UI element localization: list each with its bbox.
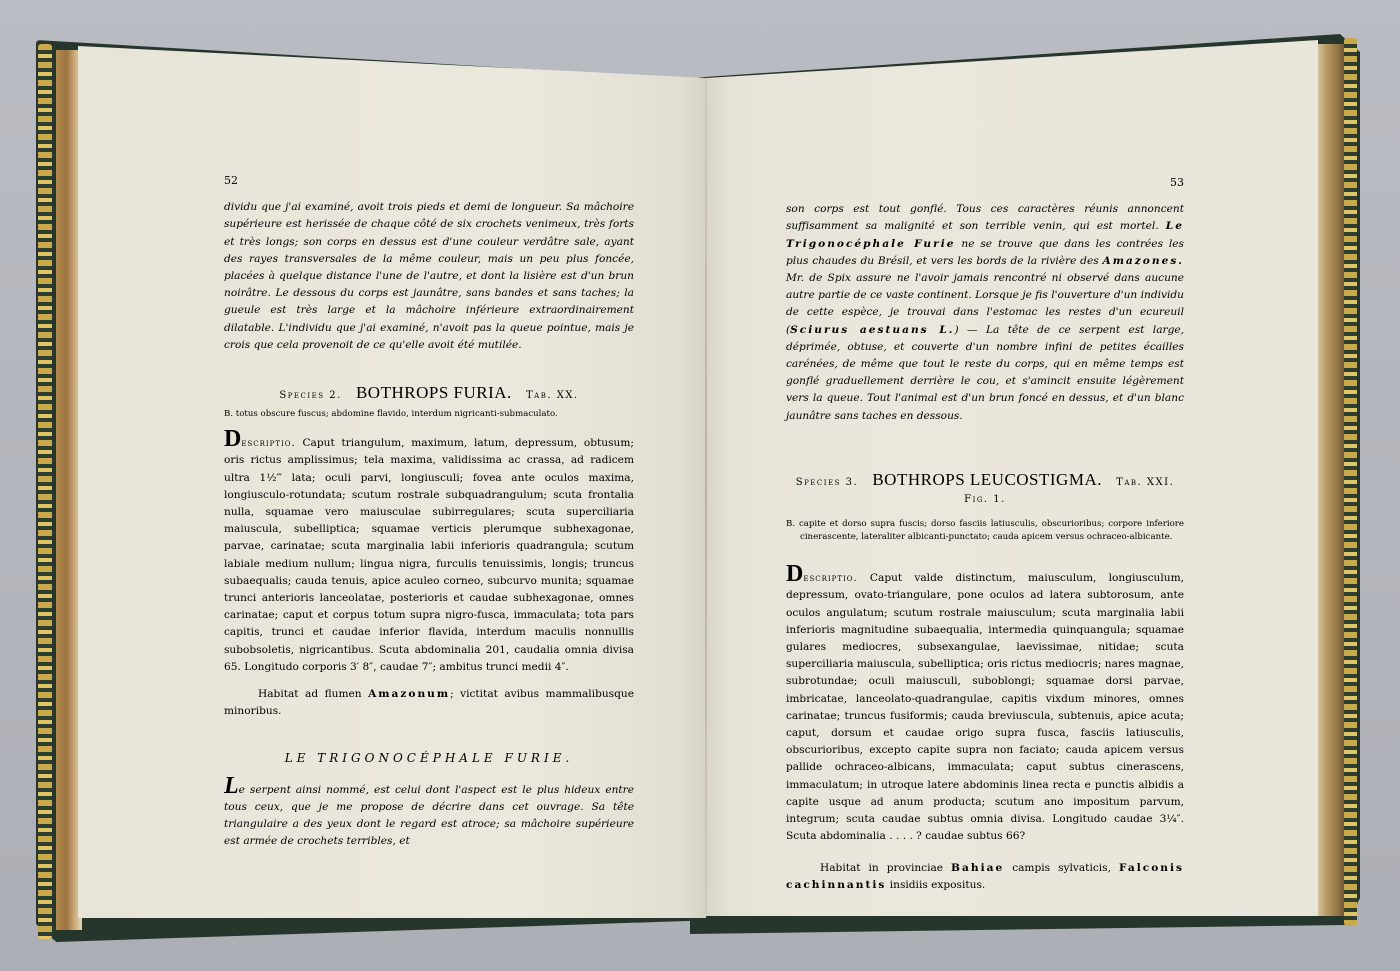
habitat-text-end: insidiis expositus. <box>890 879 986 891</box>
descriptio-text: Caput valde distinctum, maiusculum, long… <box>786 572 1184 842</box>
dropcap: D <box>224 426 241 452</box>
dropcap: L <box>224 773 239 799</box>
gilt-border-right <box>1344 38 1357 926</box>
french-text: e serpent ainsi nommé, est celui dont l'… <box>224 784 634 848</box>
species-name: BOTHROPS FURIA. <box>356 383 512 402</box>
habitat-paragraph: Habitat ad flumen Amazonum; victitat avi… <box>224 686 634 720</box>
dropcap: D <box>786 561 803 587</box>
french-text: son corps est tout gonflé. Tous ces cara… <box>786 203 1184 232</box>
species-diagnosis: B. capite et dorso supra fuscis; dorso f… <box>786 518 1184 544</box>
gilt-border-left <box>38 44 52 939</box>
descriptio-text: Caput triangulum, maximum, latum, depres… <box>224 437 634 673</box>
french-section-title: LE TRIGONOCÉPHALE FURIE. <box>224 750 634 767</box>
page-number-left: 52 <box>224 172 634 189</box>
french-continuation: dividu que j'ai examiné, avoit trois pie… <box>224 199 634 354</box>
habitat-text: Habitat ad flumen <box>258 688 362 700</box>
latin-name: Sciurus aestuans L. <box>790 324 954 336</box>
habitat-location: Amazonum <box>368 688 450 700</box>
descriptio-label: escriptio. <box>803 573 857 584</box>
species-label: Species 3. <box>796 477 858 488</box>
species-heading: Species 3. BOTHROPS LEUCOSTIGMA. Tab. XX… <box>786 471 1184 508</box>
species-label: Species 2. <box>279 390 341 401</box>
habitat-text: Habitat in provinciae <box>820 862 943 874</box>
descriptio-paragraph: Descriptio. Caput triangulum, maximum, l… <box>224 431 634 676</box>
left-page-content: 52 dividu que j'ai examiné, avoit trois … <box>224 172 634 851</box>
descriptio-label: escriptio. <box>241 438 295 449</box>
species-heading: Species 2. BOTHROPS FURIA. Tab. XX. <box>224 384 634 404</box>
species-name: BOTHROPS LEUCOSTIGMA. <box>872 470 1102 489</box>
descriptio-paragraph: Descriptio. Caput valde distinctum, maiu… <box>786 566 1184 845</box>
river-name: Amazones. <box>1103 255 1184 267</box>
habitat-location: Bahiae <box>951 862 1004 874</box>
page-edges-right <box>1316 44 1344 916</box>
plate-reference: Tab. XX. <box>526 390 579 401</box>
species-diagnosis: B. totus obscure fuscus; abdomine flavid… <box>224 408 634 421</box>
french-text: ) — La tête de ce serpent est large, dép… <box>786 324 1184 422</box>
french-continuation: son corps est tout gonflé. Tous ces cara… <box>786 201 1184 425</box>
habitat-paragraph: Habitat in provinciae Bahiae campis sylv… <box>786 860 1184 894</box>
habitat-text: campis sylvaticis, <box>1012 862 1111 874</box>
page-number-right: 53 <box>786 174 1184 191</box>
french-paragraph: Le serpent ainsi nommé, est celui dont l… <box>224 778 634 851</box>
book-gutter <box>705 78 707 914</box>
right-page-content: 53 son corps est tout gonflé. Tous ces c… <box>786 174 1184 894</box>
